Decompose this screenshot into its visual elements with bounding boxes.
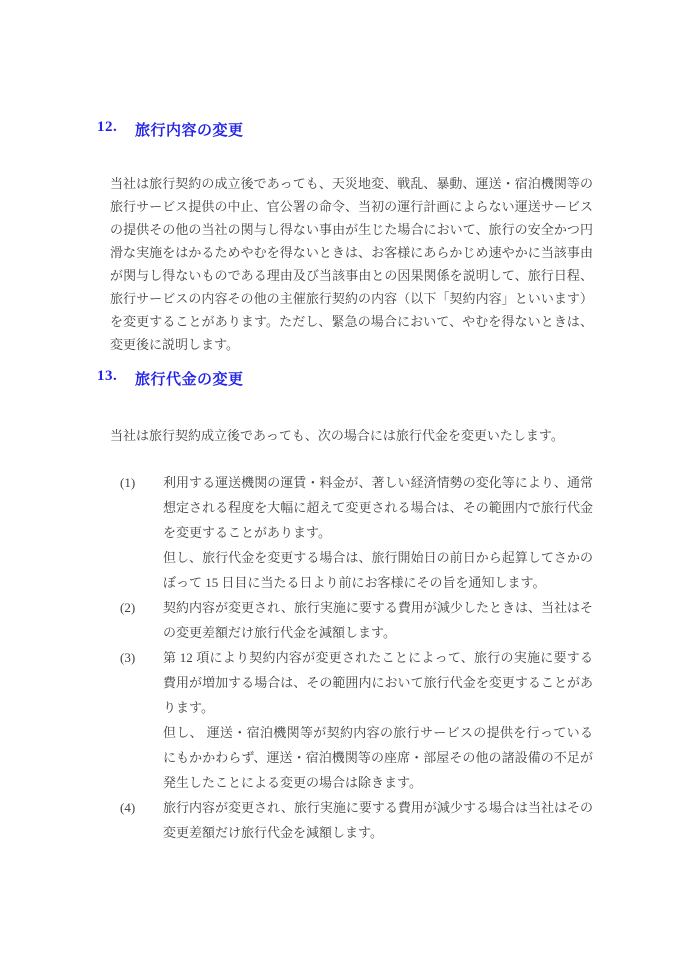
section-13-intro-paragraph: 当社は旅行契約成立後であっても、次の場合には旅行代金を変更いたします。 bbox=[110, 424, 593, 447]
section-12-paragraph: 当社は旅行契約の成立後であっても、天災地変、戦乱、暴動、運送・宿泊機関等の旅行サ… bbox=[110, 172, 593, 356]
item-number: (3) bbox=[120, 645, 163, 795]
item-paragraph: 利用する運送機関の運賃・料金が、著しい経済情勢の変化等により、通常想定される程度… bbox=[163, 470, 593, 545]
item-number: (4) bbox=[120, 795, 163, 845]
section-13-item-list: (1) 利用する運送機関の運賃・料金が、著しい経済情勢の変化等により、通常想定さ… bbox=[120, 470, 593, 845]
item-paragraph: 但し、旅行代金を変更する場合は、旅行開始日の前日から起算してさかのぼって 15 … bbox=[163, 545, 593, 595]
section-13-number: 13. bbox=[97, 368, 135, 389]
item-body: 第 12 項により契約内容が変更されたことによって、旅行の実施に要する費用が増加… bbox=[163, 645, 593, 795]
list-item: (2) 契約内容が変更され、旅行実施に要する費用が減少したときは、当社はその変更… bbox=[120, 595, 593, 645]
section-12-number: 12. bbox=[97, 119, 135, 140]
section-13-heading: 13. 旅行代金の変更 bbox=[97, 368, 244, 389]
document-page: 12. 旅行内容の変更 当社は旅行契約の成立後であっても、天災地変、戦乱、暴動、… bbox=[0, 0, 680, 962]
list-item: (3) 第 12 項により契約内容が変更されたことによって、旅行の実施に要する費… bbox=[120, 645, 593, 795]
list-item: (4) 旅行内容が変更され、旅行実施に要する費用が減少する場合は当社はその変更差… bbox=[120, 795, 593, 845]
section-13-title: 旅行代金の変更 bbox=[135, 368, 244, 389]
item-paragraph: 契約内容が変更され、旅行実施に要する費用が減少したときは、当社はその変更差額だけ… bbox=[163, 595, 593, 645]
item-paragraph: 旅行内容が変更され、旅行実施に要する費用が減少する場合は当社はその変更差額だけ旅… bbox=[163, 795, 593, 845]
item-body: 利用する運送機関の運賃・料金が、著しい経済情勢の変化等により、通常想定される程度… bbox=[163, 470, 593, 595]
item-paragraph: 第 12 項により契約内容が変更されたことによって、旅行の実施に要する費用が増加… bbox=[163, 645, 593, 720]
item-number: (1) bbox=[120, 470, 163, 595]
item-paragraph: 但し、 運送・宿泊機関等が契約内容の旅行サービスの提供を行っているにもかかわらず… bbox=[163, 720, 593, 795]
item-body: 契約内容が変更され、旅行実施に要する費用が減少したときは、当社はその変更差額だけ… bbox=[163, 595, 593, 645]
section-12-title: 旅行内容の変更 bbox=[135, 119, 244, 140]
list-item: (1) 利用する運送機関の運賃・料金が、著しい経済情勢の変化等により、通常想定さ… bbox=[120, 470, 593, 595]
item-body: 旅行内容が変更され、旅行実施に要する費用が減少する場合は当社はその変更差額だけ旅… bbox=[163, 795, 593, 845]
item-number: (2) bbox=[120, 595, 163, 645]
section-12-heading: 12. 旅行内容の変更 bbox=[97, 119, 244, 140]
